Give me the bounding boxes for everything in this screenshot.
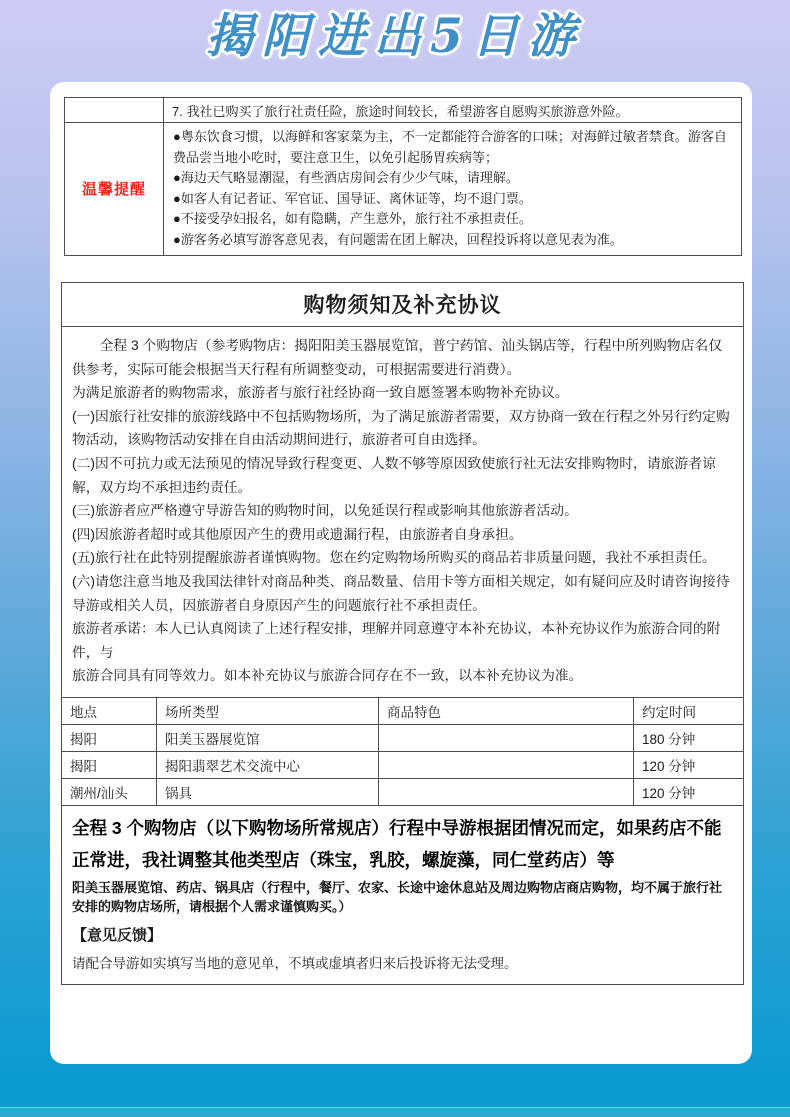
- paragraph: (五)旅行社在此特别提醒旅游者谨慎购物。您在约定购物场所购买的商品若非质量问题，…: [72, 546, 733, 570]
- table-header-cell: 地点: [62, 697, 157, 724]
- agreement-paragraphs: 全程 3 个购物店（参考购物店：揭阳阳美玉器展览馆，普宁药馆、汕头锅店等，行程中…: [62, 327, 743, 688]
- paragraph: 旅游者承诺：本人已认真阅读了上述行程安排，理解并同意遵守本补充协议，本补充协议作…: [72, 617, 733, 664]
- notice-bullets-cell: ●粤东饮食习惯，以海鲜和客家菜为主，不一定都能符合游客的口味；对海鲜过敏者禁食。…: [164, 123, 742, 256]
- paragraph: (六)请您注意当地及我国法律针对商品种类、商品数量、信用卡等方面相关规定，如有疑…: [72, 570, 733, 617]
- paragraph: 全程 3 个购物店（参考购物店：揭阳阳美玉器展览馆，普宁药馆、汕头锅店等，行程中…: [72, 334, 733, 381]
- table-row: 7. 我社已购买了旅行社责任险，旅途时间较长，希望游客自愿购买旅游意外险。: [65, 98, 742, 123]
- shopping-agreement-box: 购物须知及补充协议 全程 3 个购物店（参考购物店：揭阳阳美玉器展览馆，普宁药馆…: [61, 282, 744, 985]
- table-cell: [379, 724, 634, 751]
- table-cell: 锅具: [157, 778, 379, 805]
- content-card: 7. 我社已购买了旅行社责任险，旅途时间较长，希望游客自愿购买旅游意外险。 温馨…: [50, 82, 752, 1064]
- table-header-cell: 商品特色: [379, 697, 634, 724]
- notice-table: 7. 我社已购买了旅行社责任险，旅途时间较长，希望游客自愿购买旅游意外险。 温馨…: [64, 97, 742, 256]
- sub-note: 阳美玉器展览馆、药店、锅具店（行程中，餐厅、农家、长途中途休息站及周边购物店商店…: [72, 878, 733, 917]
- notice-bullet-list: ●粤东饮食习惯，以海鲜和客家菜为主，不一定都能符合游客的口味；对海鲜过敏者禁食。…: [165, 124, 740, 254]
- notice-item-7: 7. 我社已购买了旅行社责任险，旅途时间较长，希望游客自愿购买旅游意外险。: [164, 98, 742, 123]
- table-header-cell: 场所类型: [157, 697, 379, 724]
- paragraph: (一)因旅行社安排的旅游线路中不包括购物场所，为了满足旅游者需要，双方协商一致在…: [72, 405, 733, 452]
- notice-bullet: ●海边天气略显潮湿，有些酒店房间会有少少气味，请理解。: [173, 168, 732, 189]
- page-background: 揭阳进出5日游 7. 我社已购买了旅行社责任险，旅途时间较长，希望游客自愿购买旅…: [0, 0, 790, 1117]
- notice-label-empty: [65, 98, 164, 123]
- table-header-row: 地点 场所类型 商品特色 约定时间: [62, 697, 743, 724]
- notice-label-cell: 温馨提醒: [65, 123, 164, 256]
- table-cell: 揭阳: [62, 751, 157, 778]
- table-cell: 120 分钟: [634, 778, 744, 805]
- notice-bullet: ●粤东饮食习惯，以海鲜和客家菜为主，不一定都能符合游客的口味；对海鲜过敏者禁食。…: [173, 127, 732, 168]
- table-cell: 180 分钟: [634, 724, 744, 751]
- table-row: 潮州/汕头 锅具 120 分钟: [62, 778, 743, 805]
- paragraph: 旅游合同具有同等效力。如本补充协议与旅游合同存在不一致，以本补充协议为准。: [72, 664, 733, 688]
- table-cell: [379, 751, 634, 778]
- big-bold-note: 全程 3 个购物店（以下购物场所常规店）行程中导游根据团情况而定，如果药店不能正…: [72, 812, 733, 876]
- table-cell: 揭阳: [62, 724, 157, 751]
- paragraph: (四)因旅游者超时或其他原因产生的费用或遗漏行程，由旅游者自身承担。: [72, 523, 733, 547]
- paragraph: 为满足旅游者的购物需求，旅游者与旅行社经协商一致自愿签署本购物补充协议。: [72, 381, 733, 405]
- notice-bullet: ●游客务必填写游客意见表，有问题需在团上解决，回程投诉将以意见表为准。: [173, 230, 732, 251]
- table-cell: 揭阳翡翠艺术交流中心: [157, 751, 379, 778]
- page-title: 揭阳进出5日游: [0, 6, 790, 68]
- table-row: 温馨提醒 ●粤东饮食习惯，以海鲜和客家菜为主，不一定都能符合游客的口味；对海鲜过…: [65, 123, 742, 256]
- paragraph: (二)因不可抗力或无法预见的情况导致行程变更、人数不够等原因致使旅行社无法安排购…: [72, 452, 733, 499]
- notice-bullet: ●如客人有记者证、军官证、国导证、离休证等，均不退门票。: [173, 189, 732, 210]
- bottom-strip: [0, 1107, 790, 1117]
- table-cell: 阳美玉器展览馆: [157, 724, 379, 751]
- warm-reminder-label: 温馨提醒: [82, 181, 146, 198]
- section-title: 购物须知及补充协议: [62, 283, 743, 327]
- table-cell: 潮州/汕头: [62, 778, 157, 805]
- table-header-cell: 约定时间: [634, 697, 744, 724]
- section-bottom-notes: 全程 3 个购物店（以下购物场所常规店）行程中导游根据团情况而定，如果药店不能正…: [62, 806, 743, 984]
- feedback-text: 请配合导游如实填写当地的意见单，不填或虚填者归来后投诉将无法受理。: [72, 952, 733, 972]
- feedback-title: 【意见反馈】: [72, 924, 733, 945]
- table-row: 揭阳 阳美玉器展览馆 180 分钟: [62, 724, 743, 751]
- table-row: 揭阳 揭阳翡翠艺术交流中心 120 分钟: [62, 751, 743, 778]
- table-cell: [379, 778, 634, 805]
- notice-bullet: ●不接受孕妇报名，如有隐瞒，产生意外，旅行社不承担责任。: [173, 209, 732, 230]
- paragraph: (三)旅游者应严格遵守导游告知的购物时间，以免延误行程或影响其他旅游者活动。: [72, 499, 733, 523]
- shopping-stores-table: 地点 场所类型 商品特色 约定时间 揭阳 阳美玉器展览馆 180 分钟 揭阳 揭…: [62, 697, 743, 806]
- table-cell: 120 分钟: [634, 751, 744, 778]
